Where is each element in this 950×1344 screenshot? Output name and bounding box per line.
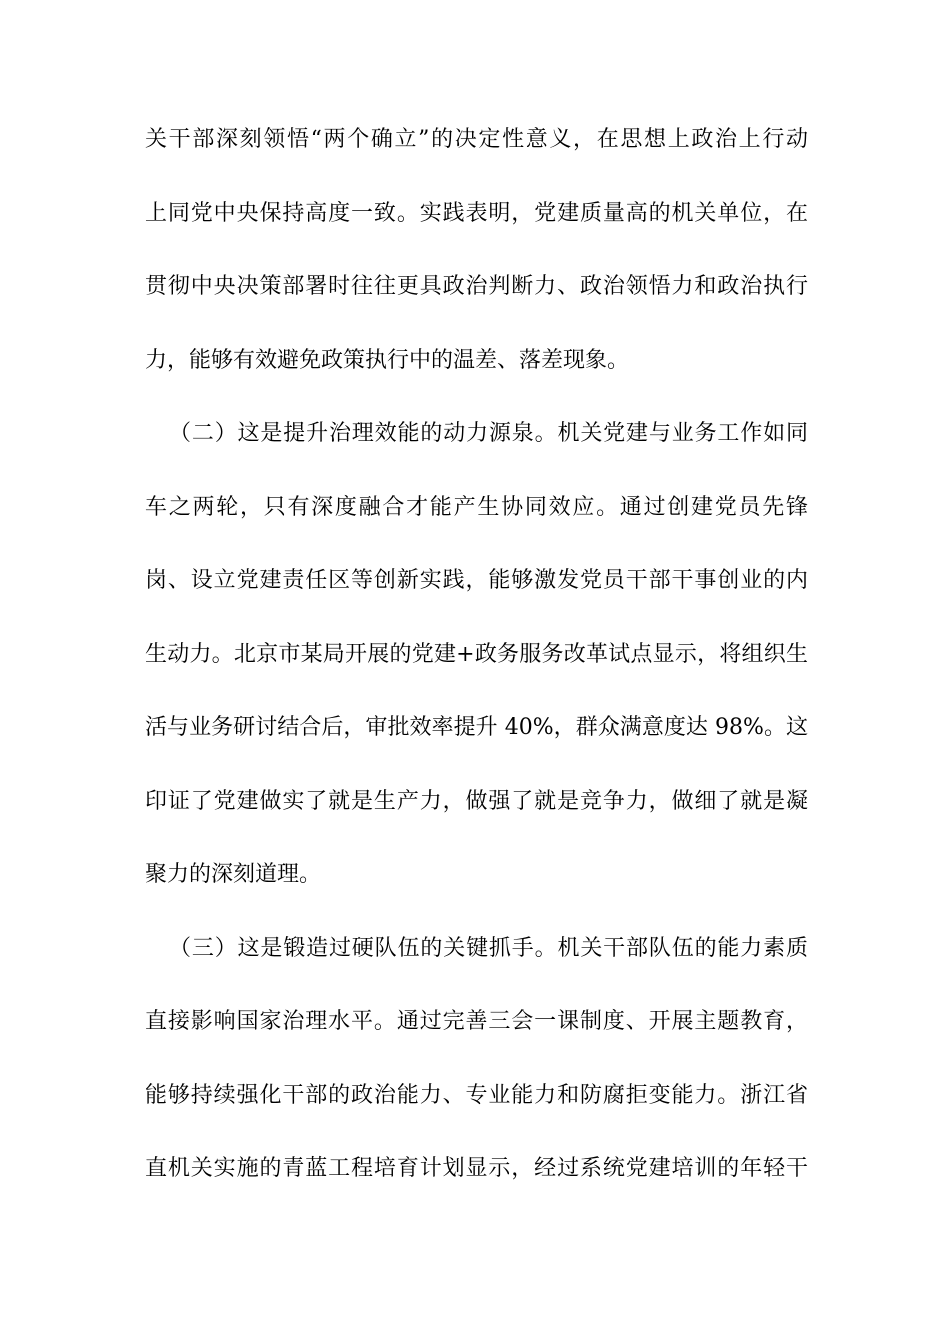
text-line-10: 印证了党建做实了就是生产力，做强了就是竞争力，做细了就是凝 — [145, 765, 808, 839]
text-line-13: 直接影响国家治理水平。通过完善三会一课制度、开展主题教育， — [145, 985, 808, 1059]
text-line-6: 车之两轮，只有深度融合才能产生协同效应。通过创建党员先锋 — [145, 471, 808, 545]
text-line-14: 能够持续强化干部的政治能力、专业能力和防腐拒变能力。浙江省 — [145, 1059, 808, 1133]
text-line-2: 上同党中央保持高度一致。实践表明，党建质量高的机关单位，在 — [145, 177, 808, 251]
document-page: 关干部深刻领悟“两个确立”的决定性意义，在思想上政治上行动 上同党中央保持高度一… — [0, 0, 950, 1344]
text-line-7: 岗、设立党建责任区等创新实践，能够激发党员干部干事创业的内 — [145, 544, 808, 618]
text-line-12: （三）这是锻造过硬队伍的关键抓手。机关干部队伍的能力素质 — [145, 912, 808, 986]
text-line-1: 关干部深刻领悟“两个确立”的决定性意义，在思想上政治上行动 — [145, 103, 808, 177]
text-line-3: 贯彻中央决策部署时往往更具政治判断力、政治领悟力和政治执行 — [145, 250, 808, 324]
text-line-15: 直机关实施的青蓝工程培育计划显示，经过系统党建培训的年轻干 — [145, 1132, 808, 1206]
text-line-4: 力，能够有效避免政策执行中的温差、落差现象。 — [145, 324, 808, 398]
document-body: 关干部深刻领悟“两个确立”的决定性意义，在思想上政治上行动 上同党中央保持高度一… — [145, 103, 808, 1206]
text-line-9: 活与业务研讨结合后，审批效率提升 40%，群众满意度达 98%。这 — [145, 691, 808, 765]
text-line-11: 聚力的深刻道理。 — [145, 838, 808, 912]
text-line-5: （二）这是提升治理效能的动力源泉。机关党建与业务工作如同 — [145, 397, 808, 471]
text-line-8: 生动力。北京市某局开展的党建+政务服务改革试点显示，将组织生 — [145, 618, 808, 692]
